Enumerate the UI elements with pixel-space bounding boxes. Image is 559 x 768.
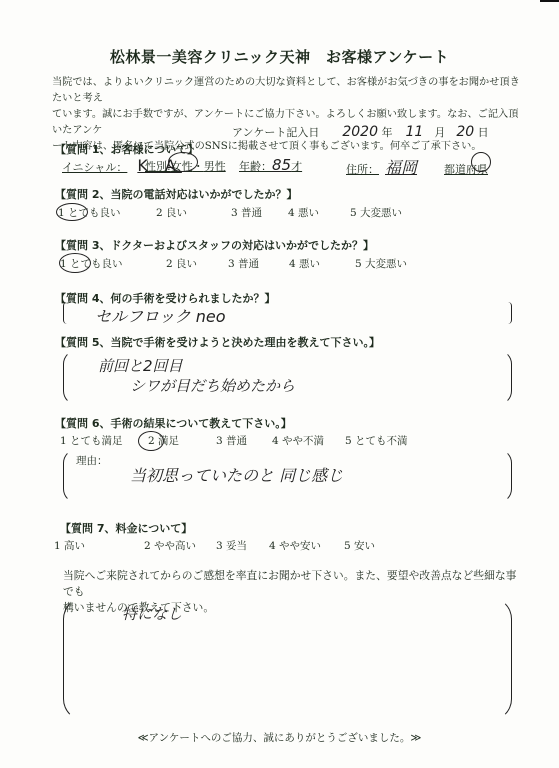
age-field: 年齢：85才: [239, 156, 302, 174]
q5-title: 【質問 5、当院で手術を受けようと決めた理由を教えて下さい。】: [55, 334, 380, 350]
q2-option-5[interactable]: 5 大変悪い: [350, 205, 402, 220]
survey-date-row: アンケート記入日 2020 年 11 月 20 日: [232, 124, 489, 140]
q6-options: 1 とても満足 2 満足 3 普通 4 やや不満 5 とても不満: [60, 433, 520, 449]
selection-circle: [168, 152, 198, 172]
q3-option-5[interactable]: 5 大変悪い: [355, 256, 407, 271]
q6-option-1[interactable]: 1 とても満足: [60, 433, 123, 448]
q3-option-4[interactable]: 4 悪い: [289, 256, 320, 271]
q3-title: 【質問 3、ドクターおよびスタッフの対応はいかがでしたか？】: [55, 237, 374, 253]
q6-option-3[interactable]: 3 普通: [216, 433, 247, 448]
q6-title: 【質問 6、手術の結果について教えて下さい。】: [55, 415, 292, 431]
survey-title: 松林景一美容クリニック天神 お客様アンケート: [0, 46, 559, 67]
selection-circle: [138, 431, 164, 451]
gender-label: 性別:: [145, 160, 171, 173]
q2-option-3[interactable]: 3 普通: [231, 205, 262, 220]
q6-option-5[interactable]: 5 とても不満: [345, 433, 408, 448]
q6-option-4[interactable]: 4 やや不満: [272, 433, 324, 448]
footer-thanks: ≪アンケートへのご協力、誠にありがとうございました。≫: [0, 730, 559, 745]
q6-reason-label: 理由：: [76, 453, 108, 468]
q7-title: 【質問 7、料金について】: [60, 520, 192, 536]
q3-option-2[interactable]: 2 良い: [166, 256, 197, 271]
q2-title: 【質問 2、当院の電話対応はいかがでしたか？】: [55, 186, 297, 202]
selection-circle: [471, 152, 491, 172]
q7-options: 1 高い 2 やや高い 3 妥当 4 やや安い 5 安い: [54, 538, 524, 554]
day-unit: 日: [478, 126, 489, 139]
date-label: アンケート記入日: [232, 126, 319, 139]
q7-option-3[interactable]: 3 妥当: [216, 538, 247, 553]
q3-options: 1 とても良い 2 良い 3 普通 4 悪い 5 大変悪い: [60, 256, 520, 272]
q5-answer-line-1: 前回と2回目: [98, 355, 183, 376]
age-value[interactable]: 85: [272, 156, 291, 174]
q7-option-4[interactable]: 4 やや安い: [269, 538, 321, 553]
q5-answer-line-2: シワが目だち始めたから: [130, 375, 295, 396]
q2-option-2[interactable]: 2 良い: [156, 205, 187, 220]
q2-option-4[interactable]: 4 悪い: [288, 205, 319, 220]
selection-circle: [59, 253, 91, 273]
address-value[interactable]: 福岡: [379, 158, 423, 177]
q4-answer: セルフロック neo: [95, 304, 226, 327]
date-month-value[interactable]: 11: [405, 124, 423, 140]
selection-circle: [56, 203, 88, 221]
q2-options: 1 とても良い 2 良い 3 普通 4 悪い 5 大変悪い: [58, 205, 518, 221]
q6-reason-answer: 当初思っていたのと 同じ感じ: [130, 463, 343, 486]
date-year-value[interactable]: 2020: [342, 124, 378, 140]
q7-option-2[interactable]: 2 やや高い: [144, 538, 196, 553]
age-label: 年齢：: [239, 160, 272, 173]
month-unit: 月: [434, 126, 445, 139]
address-field: 住所：福岡 都道府県: [346, 155, 488, 178]
initial-label: イニシャル：: [62, 161, 127, 174]
scan-corner-mark: [540, 0, 559, 2]
address-label: 住所：: [346, 163, 379, 176]
comments-answer: 特になし: [122, 603, 182, 624]
age-unit: 才: [291, 160, 302, 173]
q3-option-3[interactable]: 3 普通: [228, 256, 259, 271]
comments-prompt-line: 当院へご来院されてからのご感想を率直にお聞かせ下さい。また、要望や改善点など些細…: [63, 568, 523, 600]
q7-option-5[interactable]: 5 安い: [344, 538, 375, 553]
gender-option-male[interactable]: 男性: [204, 160, 226, 173]
year-unit: 年: [381, 126, 392, 139]
q7-option-1[interactable]: 1 高い: [54, 538, 85, 553]
date-day-value[interactable]: 20: [456, 124, 474, 140]
intro-line: 当院では、よりよいクリニック運営のための大切な資料として、お客様がお気づきの事を…: [52, 75, 522, 107]
